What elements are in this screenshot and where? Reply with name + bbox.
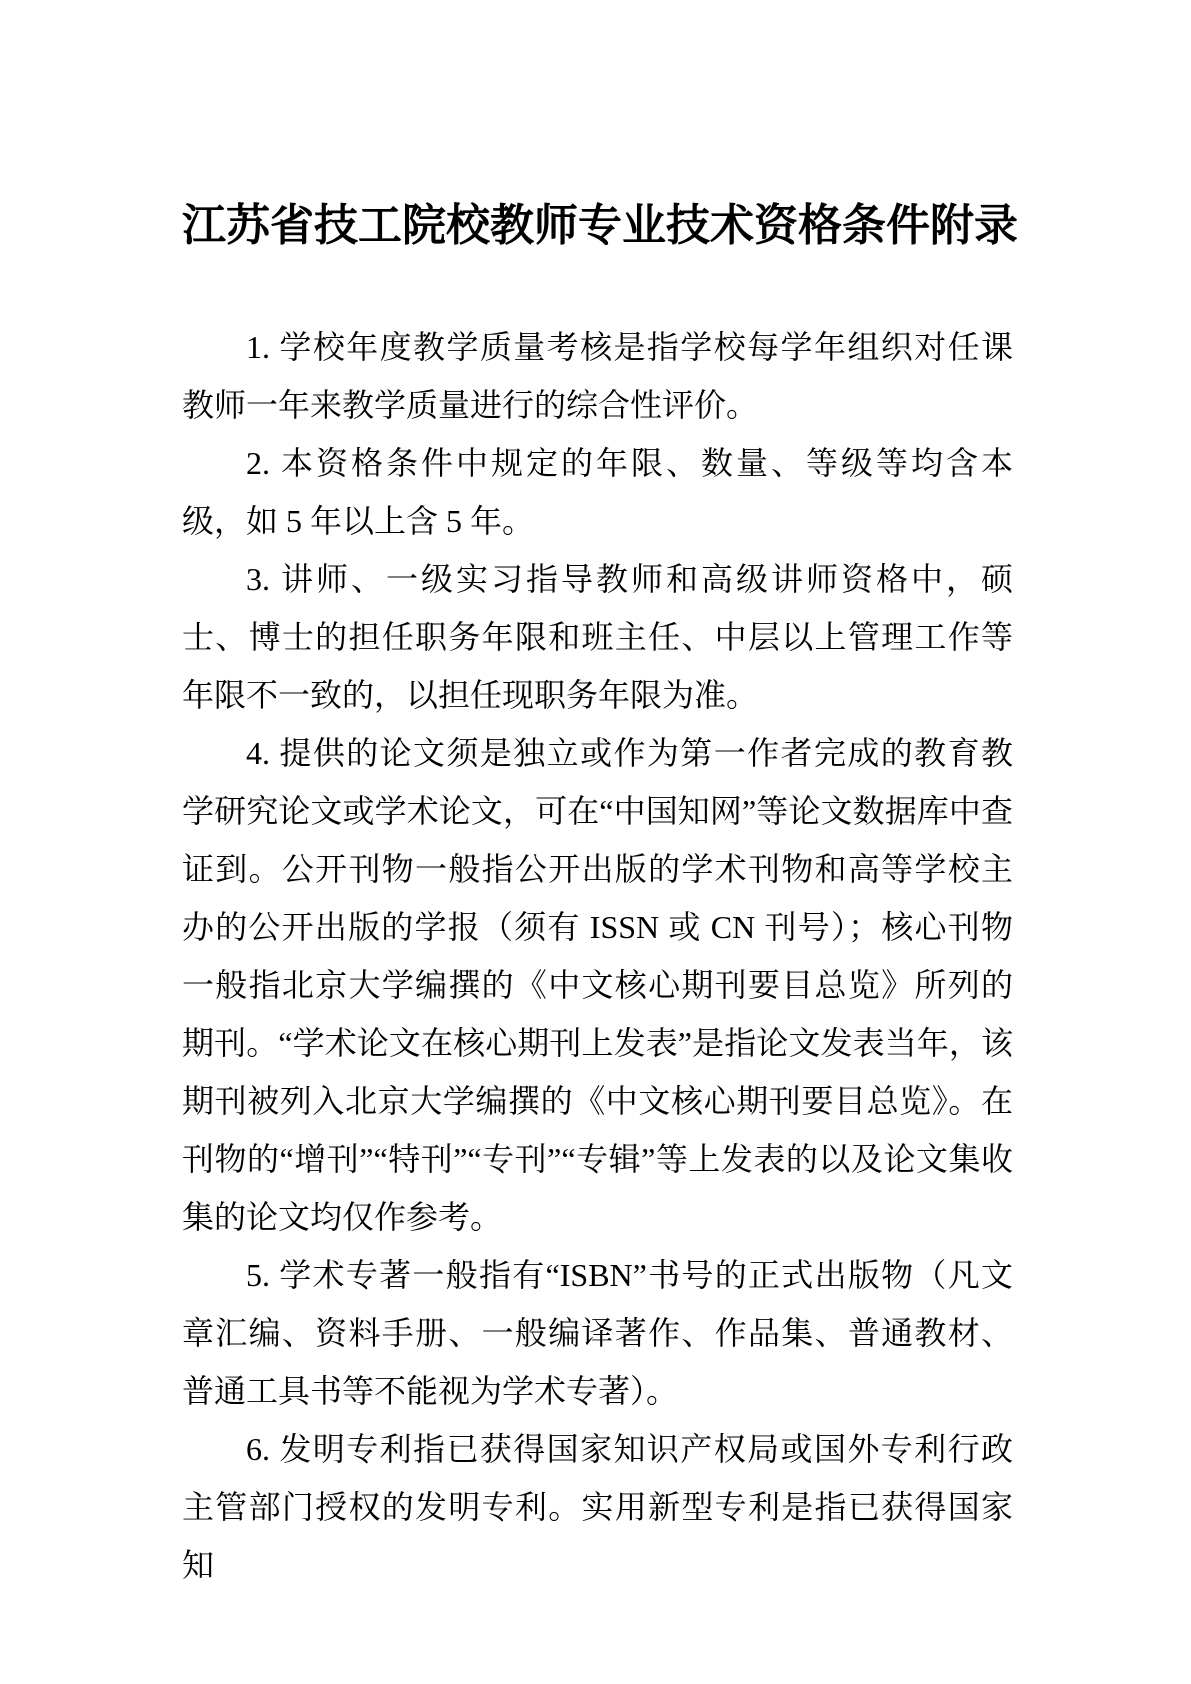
paragraph-3: 3. 讲师、一级实习指导教师和高级讲师资格中，硕士、博士的担任职务年限和班主任、… [182,550,1013,724]
document-title: 江苏省技工院校教师专业技术资格条件附录 [182,196,1013,256]
document-page: 江苏省技工院校教师专业技术资格条件附录 1. 学校年度教学质量考核是指学校每学年… [0,0,1191,1684]
paragraph-5: 5. 学术专著一般指有“ISBN”书号的正式出版物（凡文章汇编、资料手册、一般编… [182,1246,1013,1420]
paragraph-1: 1. 学校年度教学质量考核是指学校每学年组织对任课教师一年来教学质量进行的综合性… [182,318,1013,434]
paragraph-6: 6. 发明专利指已获得国家知识产权局或国外专利行政主管部门授权的发明专利。实用新… [182,1420,1013,1594]
paragraph-2: 2. 本资格条件中规定的年限、数量、等级等均含本级，如 5 年以上含 5 年。 [182,434,1013,550]
paragraph-4: 4. 提供的论文须是独立或作为第一作者完成的教育教学研究论文或学术论文，可在“中… [182,724,1013,1246]
